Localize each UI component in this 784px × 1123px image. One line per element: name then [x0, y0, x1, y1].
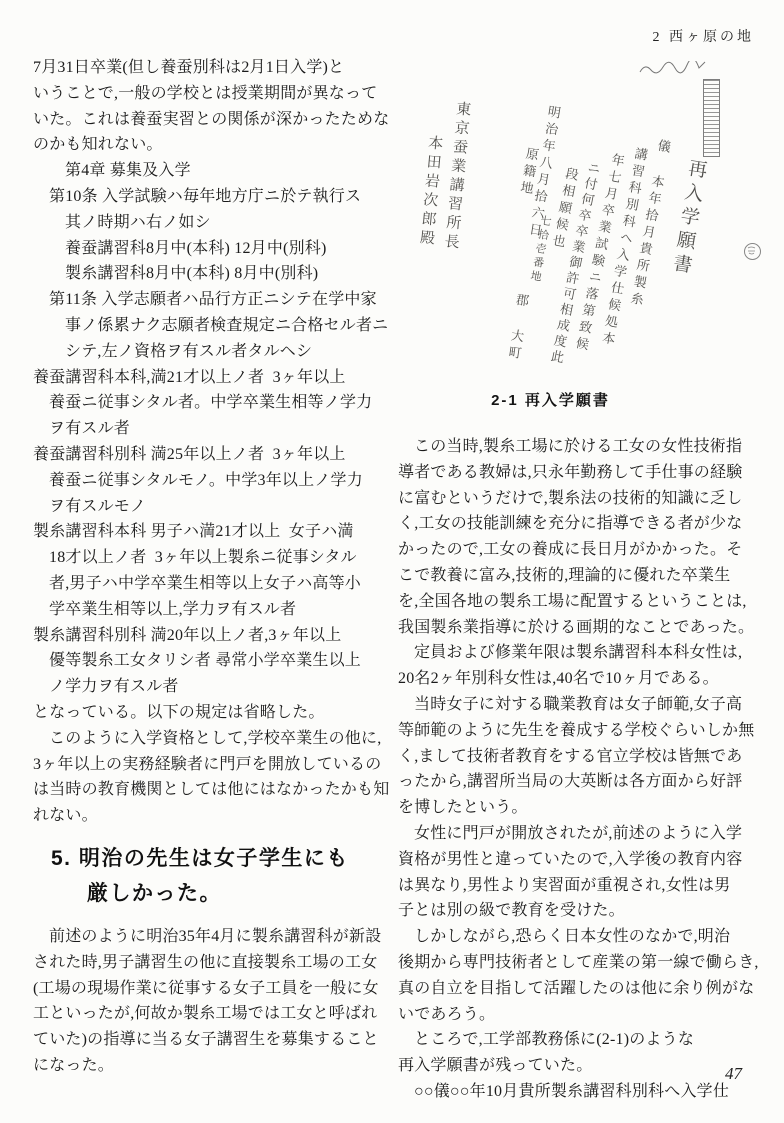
- handwriting-column: 郡 大町: [502, 292, 531, 364]
- text-line: は異なり,男性より実習面が重視され,女性は男: [398, 873, 758, 899]
- text-line: 前述のように明治35年4月に製糸講習科が新設: [33, 924, 393, 950]
- text-line: 製糸講習科別科 満20年以上ノ者,3ヶ年以上: [33, 623, 393, 649]
- text-line: 養蚕講習科8月中(本科) 12月中(別科): [33, 236, 393, 262]
- text-line: ○○儀○○年10月貴所製糸講習科別科へ入学仕: [398, 1079, 758, 1105]
- text-line: れない。: [33, 803, 393, 829]
- text-line: を博したという。: [398, 795, 758, 821]
- text-line: 者,男子ハ中学卒業生相等以上女子ハ高等小: [33, 571, 393, 597]
- text-line: 導者である教婦は,只永年勤務して手仕事の経験: [398, 460, 758, 486]
- text-line: シテ,左ノ資格ヲ有スル者タルヘシ: [33, 339, 393, 365]
- text-line: に富むというだけで,製糸法の技術的知識に乏し: [398, 486, 758, 512]
- text-line: 製糸講習科8月中(本科) 8月中(別科): [33, 261, 393, 287]
- text-line: 優等製糸工女タリシ者 尋常小学卒業生以上: [33, 648, 393, 674]
- text-line: ヲ有スルモノ: [33, 494, 393, 520]
- text-line: 第11条 入学志願者ハ品行方正ニシテ在学中家: [33, 287, 393, 313]
- text-line: 工といったが,何故か製糸工場では工女と呼ばれ: [33, 1001, 393, 1027]
- text-line: 3ヶ年以上の実務経験者に門戸を開放しているの: [33, 752, 393, 778]
- text-line: かったので,工女の養成に長日月がかかった。そ: [398, 537, 758, 563]
- text-line: 学卒業生相等以上,学力ヲ有スル者: [33, 597, 393, 623]
- text-line: を,全国各地の製糸工場に配置するということは,: [398, 589, 758, 615]
- text-line: 20名2ヶ年別科女性は,40名で10ヶ月である。: [398, 666, 758, 692]
- text-line: ところで,工学部教務係に(2-1)のような: [398, 1027, 758, 1053]
- section-heading-line2: 厳しかった。: [51, 876, 393, 911]
- text-line: しかしながら,恐らく日本女性のなかで,明治: [398, 924, 758, 950]
- handwriting-column: 再入学願書: [666, 157, 711, 280]
- text-line: (工場の現場作業に従事する女子工員を一般に女: [33, 976, 393, 1002]
- right-column-text: この当時,製糸工場に於ける工女の女性技術指導者である教婦は,只永年勤務して手仕事…: [398, 434, 758, 1105]
- text-line: 養蚕講習科別科 満25年以上ノ者 3ヶ年以上: [33, 442, 393, 468]
- text-line: ヲ有スル者: [33, 416, 393, 442]
- text-line: この当時,製糸工場に於ける工女の女性技術指: [398, 434, 758, 460]
- receipt-stamp: [703, 79, 720, 157]
- text-line: 7月31日卒業(但し養蚕別科は2月1日入学)と: [33, 55, 393, 81]
- section-heading-line1: 5. 明治の先生は女子学生にも: [51, 841, 393, 876]
- text-line: 当時女子に対する職業教育は女子師範,女子高: [398, 692, 758, 718]
- text-line: 養蚕ニ従事シタルモノ。中学3年以上ノ学力: [33, 468, 393, 494]
- text-line: 定員および修業年限は製糸講習科本科女性は,: [398, 640, 758, 666]
- text-line: いた。これは養蚕実習との関係が深かったためな: [33, 107, 393, 133]
- text-line: く,工女の技能訓練を充分に指導できる者が少な: [398, 511, 758, 537]
- text-line: となっている。以下の規定は省略した。: [33, 700, 393, 726]
- text-line: 養蚕ニ従事シタル者。中学卒業生相等ノ学力: [33, 390, 393, 416]
- page-number: 47: [725, 1064, 742, 1084]
- text-line: 養蚕講習科本科,満21才以上ノ者 3ヶ年以上: [33, 365, 393, 391]
- text-line: 第4章 募集及入学: [33, 158, 393, 184]
- left-column: 7月31日卒業(但し養蚕別科は2月1日入学)ということで,一般の学校とは授業期間…: [33, 55, 393, 1079]
- text-line: ったから,講習所当局の大英断は各方面から好評: [398, 769, 758, 795]
- text-line: 真の自立を目指して活躍したのは他に余り例がな: [398, 976, 758, 1002]
- text-line: は当時の教育機関としては他にはなかったかも知: [33, 777, 393, 803]
- text-line: 再入学願書が残っていた。: [398, 1053, 758, 1079]
- figure-reentry-application: 再入学願書儀 本年拾月貴所製糸講習科別科ヘ入学仕候処本年七月卒業試験ニ落第致候ニ…: [398, 55, 768, 385]
- figure-caption: 2-1 再入学願書: [398, 389, 758, 410]
- text-line: ノ学力ヲ有スル者: [33, 674, 393, 700]
- text-line: く,まして技術者教育をする官立学校は皆無であ: [398, 744, 758, 770]
- text-line: いうことで,一般の学校とは授業期間が異なって: [33, 81, 393, 107]
- handwriting-addressee-column: 東京蚕業講習所長: [441, 100, 475, 253]
- running-header: 2 西ヶ原の地: [653, 26, 755, 46]
- text-line: こで教養に富み,技術的,理論的に優れた卒業生: [398, 563, 758, 589]
- text-line: 我国製糸業指導に於ける画期的なことであった。: [398, 615, 758, 641]
- left-column-paragraph: 前述のように明治35年4月に製糸講習科が新設された時,男子講習生の他に直接製糸工…: [33, 924, 393, 1079]
- text-line: 第10条 入学試験ハ毎年地方庁ニ於テ執行ス: [33, 184, 393, 210]
- text-line: このように入学資格として,学校卒業生の他に,: [33, 726, 393, 752]
- text-line: のかも知れない。: [33, 132, 393, 158]
- text-line: 製糸講習科本科 男子ハ満21才以上 女子ハ満: [33, 519, 393, 545]
- margin-scribble: [638, 61, 708, 82]
- section-heading: 5. 明治の先生は女子学生にも 厳しかった。: [33, 841, 393, 911]
- text-line: 其ノ時期ハ右ノ如シ: [33, 210, 393, 236]
- text-line: された時,男子講習生の他に直接製糸工場の工女: [33, 950, 393, 976]
- left-column-text: 7月31日卒業(但し養蚕別科は2月1日入学)ということで,一般の学校とは授業期間…: [33, 55, 393, 829]
- text-line: ていた)の指導に当る女子講習生を募集すること: [33, 1027, 393, 1053]
- text-line: になった。: [33, 1053, 393, 1079]
- text-line: 18才以上ノ者 3ヶ年以上製糸ニ従事シタル: [33, 545, 393, 571]
- text-line: 資格が男性と違っていたので,入学後の教育内容: [398, 847, 758, 873]
- seal-mark: [744, 243, 761, 260]
- text-line: 等師範のように先生を養成する学校ぐらいしか無: [398, 718, 758, 744]
- text-line: 事ノ係累ナク志願者検査規定ニ合格セル者ニ: [33, 313, 393, 339]
- text-line: 後期から専門技術者として産業の第一線で働らき,: [398, 950, 758, 976]
- text-line: 女性に門戸が開放されたが,前述のように入学: [398, 821, 758, 847]
- text-line: いであろう。: [398, 1002, 758, 1028]
- right-column: 再入学願書儀 本年拾月貴所製糸講習科別科ヘ入学仕候処本年七月卒業試験ニ落第致候ニ…: [398, 55, 758, 1105]
- book-page: 2 西ヶ原の地 7月31日卒業(但し養蚕別科は2月1日入学)ということで,一般の…: [0, 0, 784, 1123]
- text-line: 子とは別の級で教育を受けた。: [398, 898, 758, 924]
